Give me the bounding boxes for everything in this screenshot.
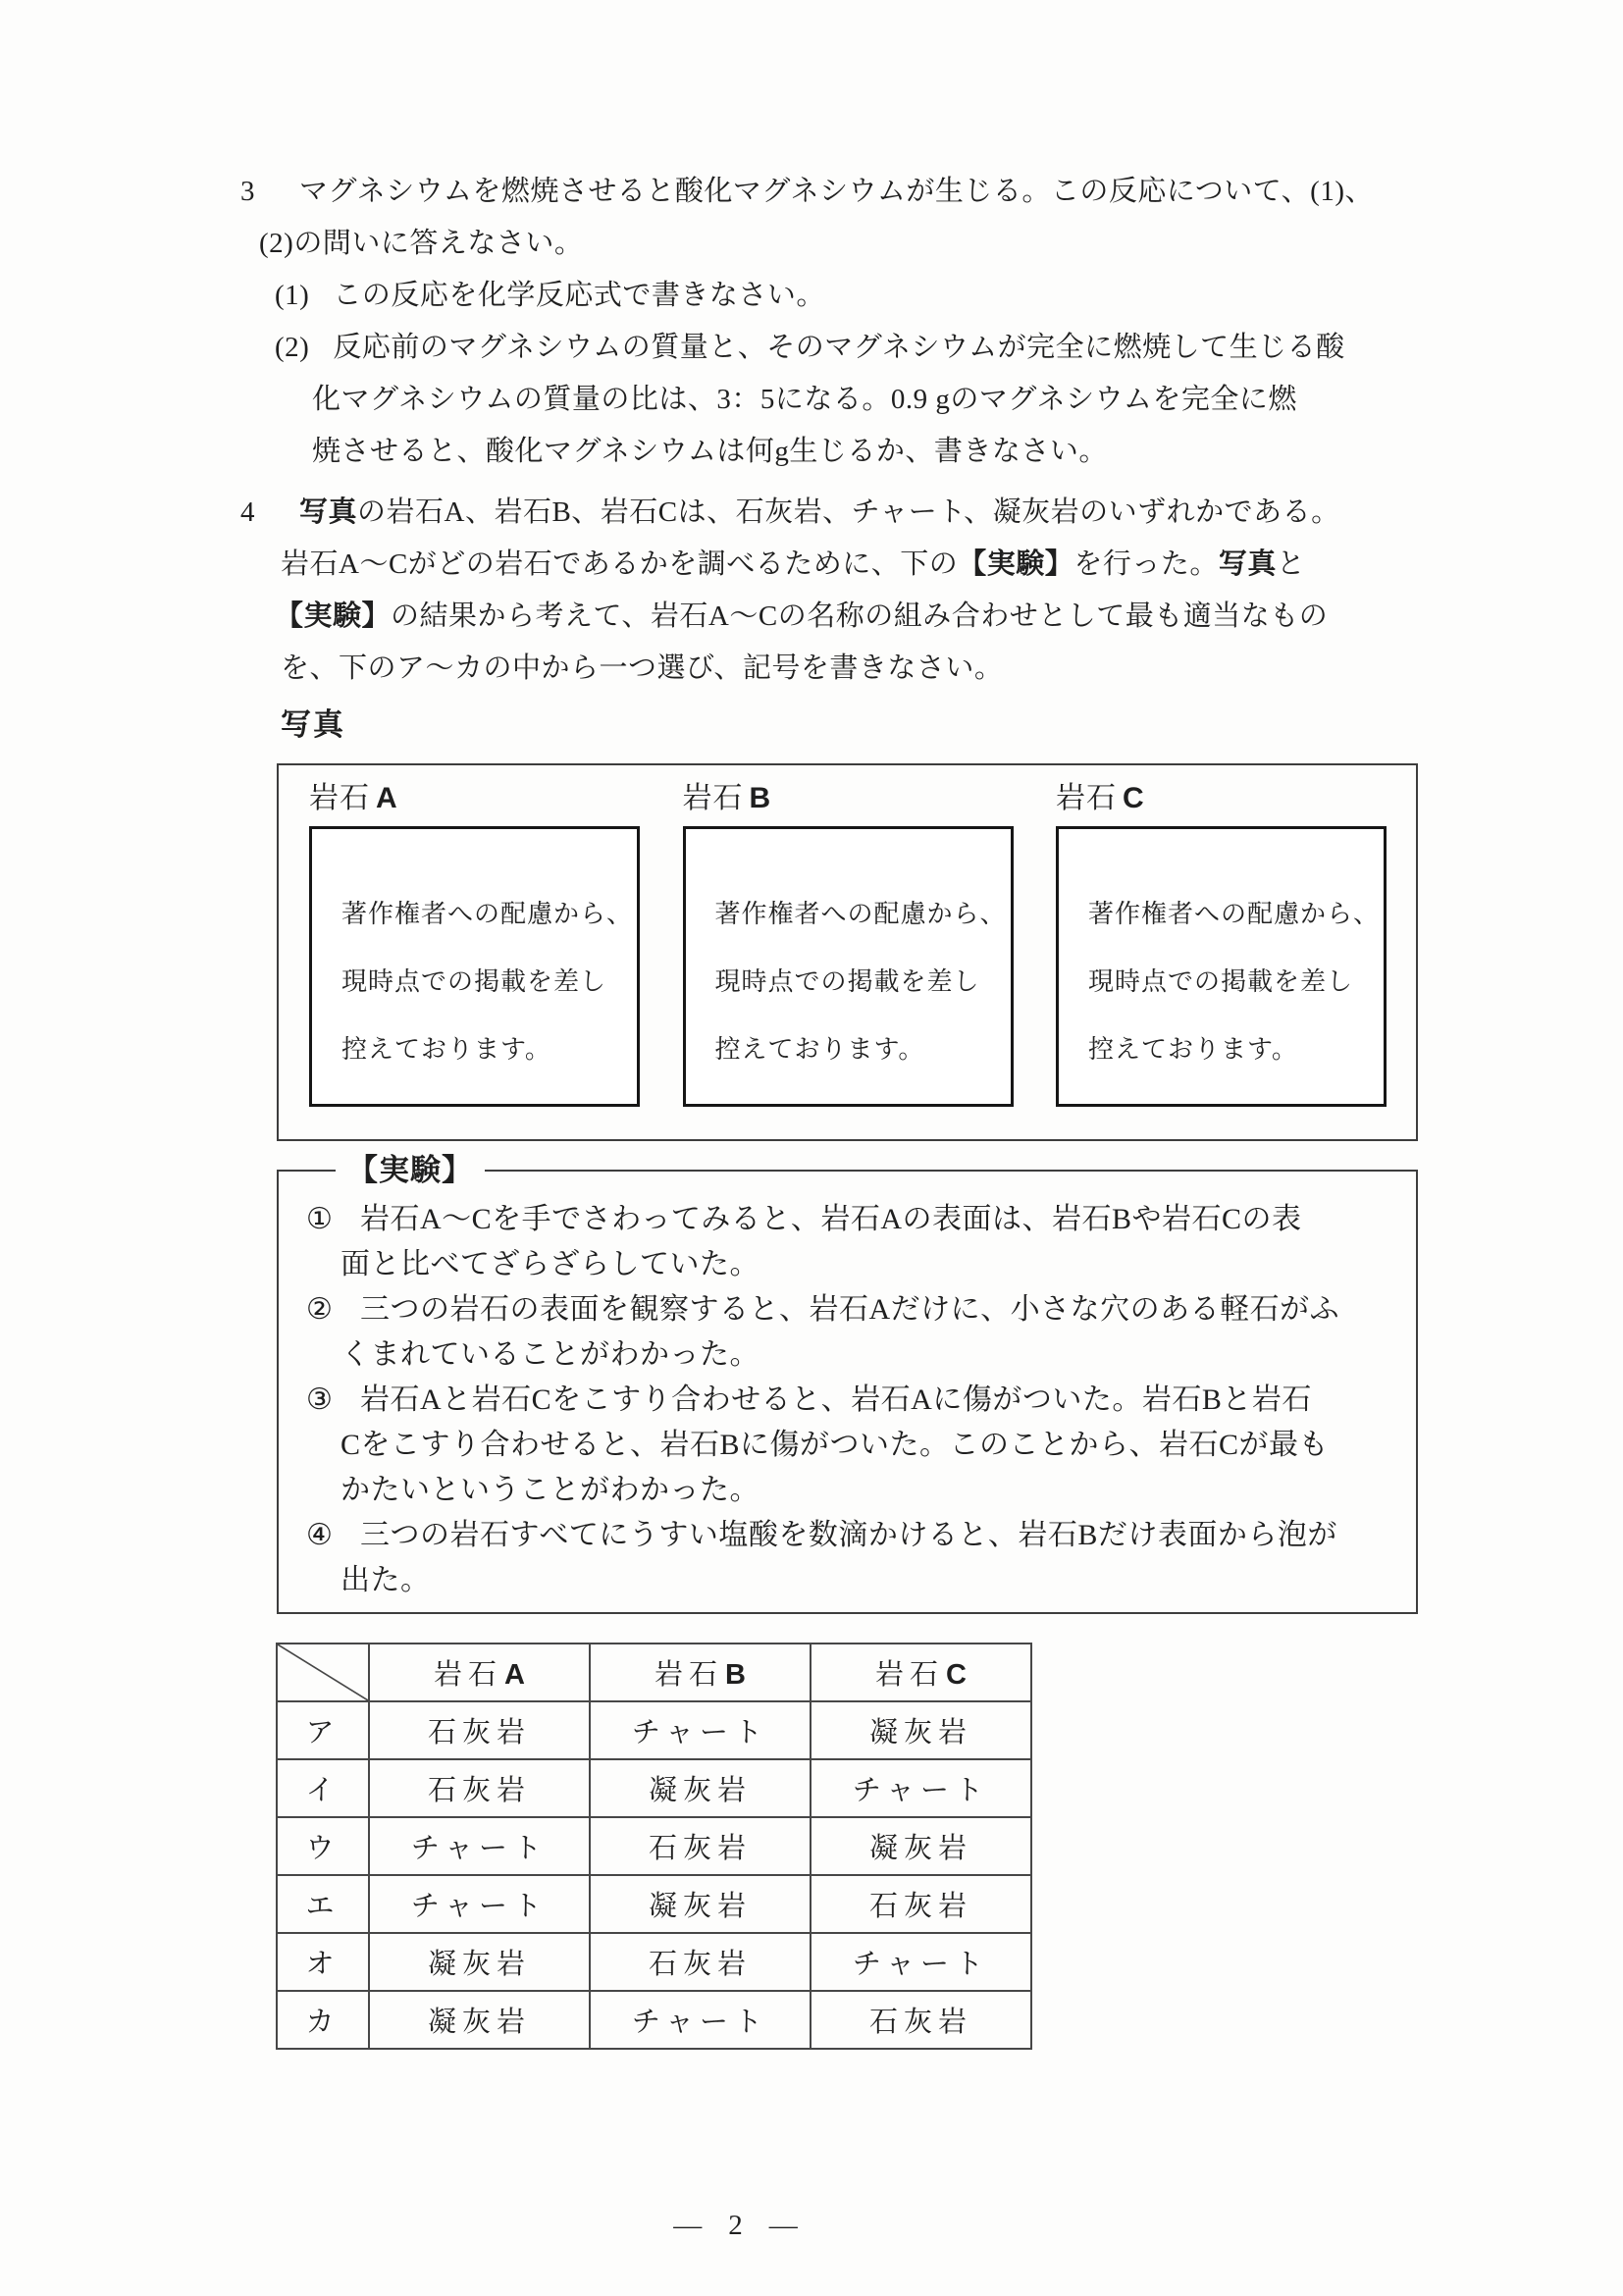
experiment-item-4: ④三つの岩石すべてにうすい塩酸を数滴かけると、岩石Bだけ表面から泡が 出た。 <box>279 1513 1416 1603</box>
option-key: ウ <box>277 1817 369 1875</box>
q4-text-2c: と <box>1277 548 1306 580</box>
rock-a-kanji: 岩石 <box>309 782 370 814</box>
table-header-row: 岩石A 岩石B 岩石C <box>277 1644 1031 1701</box>
rock-column-c: 岩石C 著作権者への配慮から、 現時点での掲載を差し 控えております。 <box>1056 779 1387 1139</box>
experiment-box: 【実験】 ①岩石A～Cを手でさわってみると、岩石Aの表面は、岩石Bや岩石Cの表 … <box>277 1170 1418 1614</box>
cell: 凝灰岩 <box>811 1817 1031 1875</box>
rock-c-photo-placeholder: 著作権者への配慮から、 現時点での掲載を差し 控えております。 <box>1056 826 1387 1107</box>
header-rock-c: 岩石C <box>811 1644 1031 1701</box>
notice-line: 控えております。 <box>341 1016 637 1083</box>
diagonal-header-cell <box>277 1644 369 1701</box>
rock-b-photo-placeholder: 著作権者への配慮から、 現時点での掲載を差し 控えております。 <box>683 826 1014 1107</box>
notice-line: 控えております。 <box>715 1016 1011 1083</box>
notice-line: 現時点での掲載を差し <box>341 948 637 1016</box>
option-key: ア <box>277 1701 369 1759</box>
rock-c-letter: C <box>1123 782 1145 814</box>
exp-item-4-text: 三つの岩石すべてにうすい塩酸を数滴かけると、岩石Bだけ表面から泡が <box>360 1519 1337 1551</box>
question-3: 3マグネシウムを燃焼させると酸化マグネシウムが生じる。この反応について、(1)、… <box>0 166 1623 478</box>
experiment-item-3: ③岩石Aと岩石Cをこすり合わせると、岩石Aに傷がついた。岩石Bと岩石 Cをこすり… <box>279 1378 1416 1513</box>
q4-line-1: 4写真の岩石A、岩石B、岩石Cは、石灰岩、チャート、凝灰岩のいずれかである。 <box>0 487 1623 539</box>
exp-item-4-line-2: 出た。 <box>279 1558 1416 1603</box>
notice-line: 著作権者への配慮から、 <box>715 880 1011 948</box>
rock-c-kanji: 岩石 <box>1056 782 1117 814</box>
page-number-dash-right: — <box>769 2210 799 2241</box>
cell: 石灰岩 <box>590 1933 811 1991</box>
q3-number: 3 <box>240 166 276 218</box>
copyright-notice: 著作権者への配慮から、 現時点での掲載を差し 控えております。 <box>715 880 1011 1083</box>
notice-line: 現時点での掲載を差し <box>715 948 1011 1016</box>
exp-item-2-line-1: ②三つの岩石の表面を観察すると、岩石Aだけに、小さな穴のある軽石がふ <box>279 1287 1416 1332</box>
cell: チャート <box>369 1875 590 1933</box>
rock-column-b: 岩石B 著作権者への配慮から、 現時点での掲載を差し 控えております。 <box>683 779 1014 1139</box>
exp-item-3-text: 岩石Aと岩石Cをこすり合わせると、岩石Aに傷がついた。岩石Bと岩石 <box>360 1383 1312 1416</box>
q4-line-3: 【実験】の結果から考えて、岩石A～Cの名称の組み合わせとして最も適当なもの <box>0 591 1623 643</box>
header-rock-a: 岩石A <box>369 1644 590 1701</box>
header-rock-c-kanji: 岩石 <box>875 1659 944 1691</box>
q3-sub2-line-1: (2)反応前のマグネシウムの質量と、そのマグネシウムが完全に燃焼して生じる酸 <box>0 322 1623 374</box>
exp-item-1-text: 岩石A～Cを手でさわってみると、岩石Aの表面は、岩石Bや岩石Cの表 <box>360 1203 1302 1235</box>
page-number: —2— <box>277 2204 1195 2247</box>
q3-sub2-text-1: 反応前のマグネシウムの質量と、そのマグネシウムが完全に燃焼して生じる酸 <box>333 332 1344 363</box>
q4-text-3: の結果から考えて、岩石A～Cの名称の組み合わせとして最も適当なもの <box>391 600 1328 632</box>
rock-a-label: 岩石A <box>309 779 640 826</box>
exp-item-1-line-2: 面と比べてざらざらしていた。 <box>279 1242 1416 1287</box>
notice-line: 現時点での掲載を差し <box>1088 948 1384 1016</box>
photo-section-label: 写真 <box>281 704 345 746</box>
page-number-dash-left: — <box>673 2210 703 2241</box>
experiment-item-2: ②三つの岩石の表面を観察すると、岩石Aだけに、小さな穴のある軽石がふ くまれてい… <box>279 1287 1416 1378</box>
rock-a-photo-placeholder: 著作権者への配慮から、 現時点での掲載を差し 控えております。 <box>309 826 640 1107</box>
question-4: 4写真の岩石A、岩石B、岩石Cは、石灰岩、チャート、凝灰岩のいずれかである。 岩… <box>0 487 1623 695</box>
exp-item-2-text: 三つの岩石の表面を観察すると、岩石Aだけに、小さな穴のある軽石がふ <box>360 1293 1339 1326</box>
cell: 凝灰岩 <box>590 1875 811 1933</box>
exp-item-2-line-2: くまれていることがわかった。 <box>279 1332 1416 1378</box>
q3-sub1: (1)この反応を化学反応式で書きなさい。 <box>0 270 1623 322</box>
answer-options-table: 岩石A 岩石B 岩石C ア 石灰岩 チャート 凝灰岩 イ 石灰岩 凝灰岩 チャー… <box>276 1643 1032 2050</box>
notice-line: 控えております。 <box>1088 1016 1384 1083</box>
cell: 石灰岩 <box>811 1991 1031 2049</box>
page-number-value: 2 <box>728 2210 744 2241</box>
q4-photo-ref-2: 写真 <box>1219 548 1277 580</box>
table-row: ウ チャート 石灰岩 凝灰岩 <box>277 1817 1031 1875</box>
q4-text-2a: 岩石A～Cがどの岩石であるかを調べるために、下の <box>281 548 958 580</box>
exp-item-3-line-1: ③岩石Aと岩石Cをこすり合わせると、岩石Aに傷がついた。岩石Bと岩石 <box>279 1378 1416 1423</box>
cell: 凝灰岩 <box>369 1933 590 1991</box>
cell: 凝灰岩 <box>590 1759 811 1817</box>
cell: チャート <box>369 1817 590 1875</box>
copyright-notice: 著作権者への配慮から、 現時点での掲載を差し 控えております。 <box>1088 880 1384 1083</box>
cell: チャート <box>811 1759 1031 1817</box>
exp-item-3-marker: ③ <box>306 1378 338 1423</box>
q4-line-2: 岩石A～Cがどの岩石であるかを調べるために、下の【実験】を行った。写真と <box>0 539 1623 591</box>
q3-sub2-line-3: 焼させると、酸化マグネシウムは何g生じるか、書きなさい。 <box>0 426 1623 478</box>
option-key: オ <box>277 1933 369 1991</box>
cell: チャート <box>811 1933 1031 1991</box>
photo-box: 岩石A 著作権者への配慮から、 現時点での掲載を差し 控えております。 岩石B … <box>277 763 1418 1141</box>
notice-line: 著作権者への配慮から、 <box>341 880 637 948</box>
copyright-notice: 著作権者への配慮から、 現時点での掲載を差し 控えております。 <box>341 880 637 1083</box>
exam-page: 3マグネシウムを燃焼させると酸化マグネシウムが生じる。この反応について、(1)、… <box>0 0 1623 2296</box>
cell: 石灰岩 <box>590 1817 811 1875</box>
q4-experiment-ref-2: 【実験】 <box>275 600 391 632</box>
cell: チャート <box>590 1991 811 2049</box>
cell: 凝灰岩 <box>369 1991 590 2049</box>
option-key: カ <box>277 1991 369 2049</box>
table-row: イ 石灰岩 凝灰岩 チャート <box>277 1759 1031 1817</box>
experiment-item-1: ①岩石A～Cを手でさわってみると、岩石Aの表面は、岩石Bや岩石Cの表 面と比べて… <box>279 1197 1416 1287</box>
table-row: エ チャート 凝灰岩 石灰岩 <box>277 1875 1031 1933</box>
q4-experiment-ref: 【実験】 <box>958 548 1073 580</box>
q3-sub2-label: (2) <box>275 322 309 374</box>
exp-item-1-marker: ① <box>306 1197 338 1242</box>
rock-b-letter: B <box>750 782 772 814</box>
q4-number: 4 <box>240 487 276 539</box>
exp-item-2-marker: ② <box>306 1287 338 1332</box>
notice-line: 著作権者への配慮から、 <box>1088 880 1384 948</box>
table-row: カ 凝灰岩 チャート 石灰岩 <box>277 1991 1031 2049</box>
exp-item-1-line-1: ①岩石A～Cを手でさわってみると、岩石Aの表面は、岩石Bや岩石Cの表 <box>279 1197 1416 1242</box>
rock-column-a: 岩石A 著作権者への配慮から、 現時点での掲載を差し 控えております。 <box>309 779 640 1139</box>
cell: 石灰岩 <box>369 1701 590 1759</box>
table-row: オ 凝灰岩 石灰岩 チャート <box>277 1933 1031 1991</box>
cell: 石灰岩 <box>811 1875 1031 1933</box>
header-rock-b-letter: B <box>725 1659 746 1691</box>
q3-sub1-text: この反応を化学反応式で書きなさい。 <box>333 280 825 311</box>
q4-text-2b: を行った。 <box>1073 548 1219 580</box>
rock-a-letter: A <box>376 782 398 814</box>
q4-text-1: の岩石A、岩石B、岩石Cは、石灰岩、チャート、凝灰岩のいずれかである。 <box>357 496 1340 528</box>
header-rock-c-letter: C <box>946 1659 967 1691</box>
q4-photo-ref: 写真 <box>299 496 357 528</box>
cell: 凝灰岩 <box>811 1701 1031 1759</box>
q3-line-2: (2)の問いに答えなさい。 <box>0 218 1623 270</box>
rock-c-label: 岩石C <box>1056 779 1387 826</box>
q4-line-4: を、下のア～カの中から一つ選び、記号を書きなさい。 <box>0 643 1623 695</box>
q3-sub1-label: (1) <box>275 270 309 322</box>
exp-item-3-line-2: Cをこすり合わせると、岩石Bに傷がついた。このことから、岩石Cが最も <box>279 1423 1416 1468</box>
cell: 石灰岩 <box>369 1759 590 1817</box>
q3-text-1: マグネシウムを燃焼させると酸化マグネシウムが生じる。この反応について、(1)、 <box>299 176 1374 207</box>
experiment-box-label: 【実験】 <box>336 1149 485 1192</box>
option-key: イ <box>277 1759 369 1817</box>
header-rock-b: 岩石B <box>590 1644 811 1701</box>
diagonal-line <box>278 1644 368 1700</box>
rock-b-kanji: 岩石 <box>683 782 744 814</box>
header-rock-a-letter: A <box>504 1659 525 1691</box>
q3-sub2-line-2: 化マグネシウムの質量の比は、3：5になる。0.9 gのマグネシウムを完全に燃 <box>0 374 1623 426</box>
option-key: エ <box>277 1875 369 1933</box>
header-rock-b-kanji: 岩石 <box>654 1659 723 1691</box>
rock-b-label: 岩石B <box>683 779 1014 826</box>
exp-item-4-line-1: ④三つの岩石すべてにうすい塩酸を数滴かけると、岩石Bだけ表面から泡が <box>279 1513 1416 1558</box>
header-rock-a-kanji: 岩石 <box>434 1659 502 1691</box>
cell: チャート <box>590 1701 811 1759</box>
exp-item-4-marker: ④ <box>306 1513 338 1558</box>
q3-line-1: 3マグネシウムを燃焼させると酸化マグネシウムが生じる。この反応について、(1)、 <box>0 166 1623 218</box>
table-row: ア 石灰岩 チャート 凝灰岩 <box>277 1701 1031 1759</box>
exp-item-3-line-3: かたいということがわかった。 <box>279 1468 1416 1513</box>
